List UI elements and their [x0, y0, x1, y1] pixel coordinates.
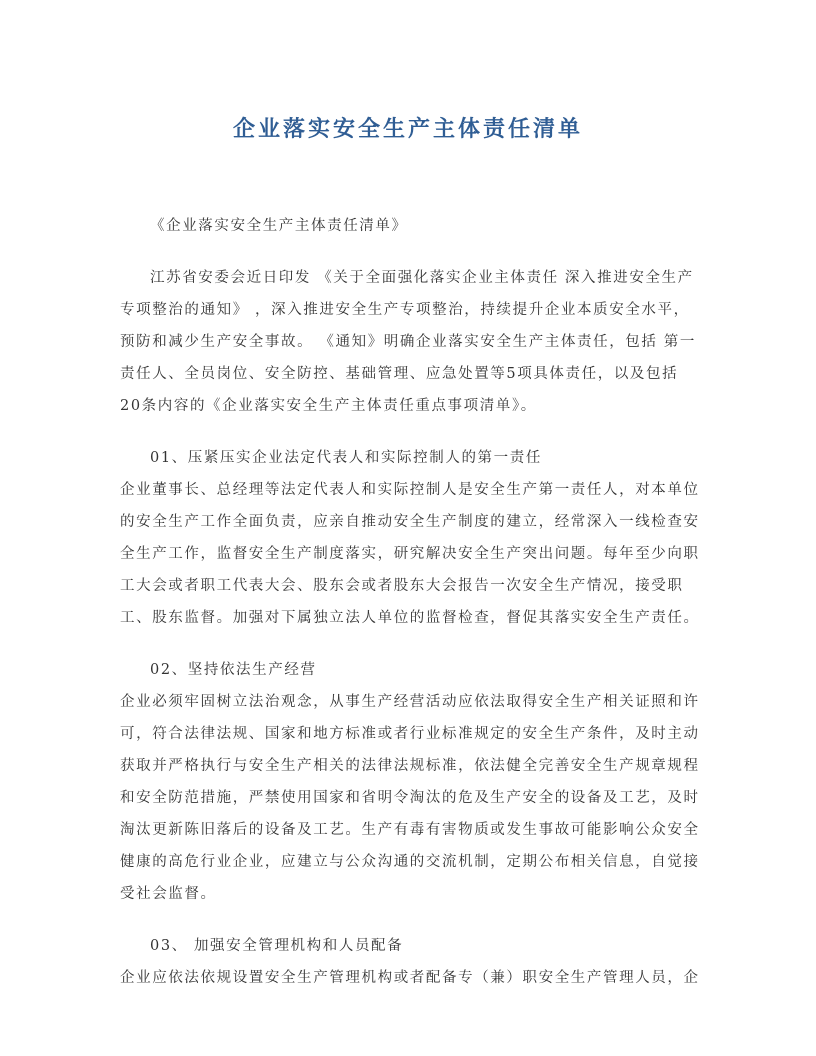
text-line: 工、股东监督。加强对下属独立法人单位的监督检查，督促其落实安全生产责任。	[120, 602, 700, 634]
text-line: 企业董事长、总经理等法定代表人和实际控制人是安全生产第一责任人，对本单位	[120, 474, 700, 506]
section-heading-01: 01、压紧压实企业法定代表人和实际控制人的第一责任	[120, 442, 700, 474]
text-line: 企业必须牢固树立法治观念，从事生产经营活动应依法取得安全生产相关证照和许	[120, 686, 700, 718]
intro-paragraph: 江苏省安委会近日印发 《关于全面强化落实企业主体责任 深入推进安全生产 专项整治…	[120, 262, 700, 422]
subtitle: 《企业落实安全生产主体责任清单》	[120, 210, 700, 242]
text-line: 受社会监督。	[120, 878, 700, 910]
text-line: 健康的高危行业企业，应建立与公众沟通的交流机制，定期公布相关信息，自觉接	[120, 846, 700, 878]
section-paragraph-01: 企业董事长、总经理等法定代表人和实际控制人是安全生产第一责任人，对本单位 的安全…	[120, 474, 700, 634]
text-line: 的安全生产工作全面负责，应亲自推动安全生产制度的建立，经常深入一线检查安	[120, 506, 700, 538]
text-line: 和安全防范措施，严禁使用国家和省明令淘汰的危及生产安全的设备及工艺，及时	[120, 782, 700, 814]
section-paragraph-03: 企业应依法依规设置安全生产管理机构或者配备专（兼）职安全生产管理人员，企	[120, 962, 700, 994]
section-heading-02: 02、坚持依法生产经营	[120, 654, 700, 686]
section-heading-03: 03、 加强安全管理机构和人员配备	[120, 930, 700, 962]
page-title: 企业落实安全生产主体责任清单	[0, 112, 816, 143]
text-line: 可，符合法律法规、国家和地方标准或者行业标准规定的安全生产条件，及时主动	[120, 718, 700, 750]
text-line: 专项整治的通知》 ，深入推进安全生产专项整治，持续提升企业本质安全水平，	[120, 294, 700, 326]
document-page: 企业落实安全生产主体责任清单 《企业落实安全生产主体责任清单》 江苏省安委会近日…	[0, 0, 816, 1056]
text-line: 企业应依法依规设置安全生产管理机构或者配备专（兼）职安全生产管理人员，企	[120, 962, 700, 994]
text-line: 获取并严格执行与安全生产相关的法律法规标准，依法健全完善安全生产规章规程	[120, 750, 700, 782]
text-line: 责任人、全员岗位、安全防控、基础管理、应急处置等5项具体责任，以及包括	[120, 358, 700, 390]
text-line: 预防和减少生产安全事故。 《通知》明确企业落实安全生产主体责任，包括 第一	[120, 326, 700, 358]
document-body: 《企业落实安全生产主体责任清单》 江苏省安委会近日印发 《关于全面强化落实企业主…	[120, 210, 700, 994]
section-paragraph-02: 企业必须牢固树立法治观念，从事生产经营活动应依法取得安全生产相关证照和许 可，符…	[120, 686, 700, 910]
text-line: 20条内容的《企业落实安全生产主体责任重点事项清单》。	[120, 390, 700, 422]
text-line: 工大会或者职工代表大会、股东会或者股东大会报告一次安全生产情况，接受职	[120, 570, 700, 602]
text-line: 全生产工作，监督安全生产制度落实，研究解决安全生产突出问题。每年至少向职	[120, 538, 700, 570]
text-line: 淘汰更新陈旧落后的设备及工艺。生产有毒有害物质或发生事故可能影响公众安全	[120, 814, 700, 846]
text-line: 江苏省安委会近日印发 《关于全面强化落实企业主体责任 深入推进安全生产	[120, 262, 700, 294]
